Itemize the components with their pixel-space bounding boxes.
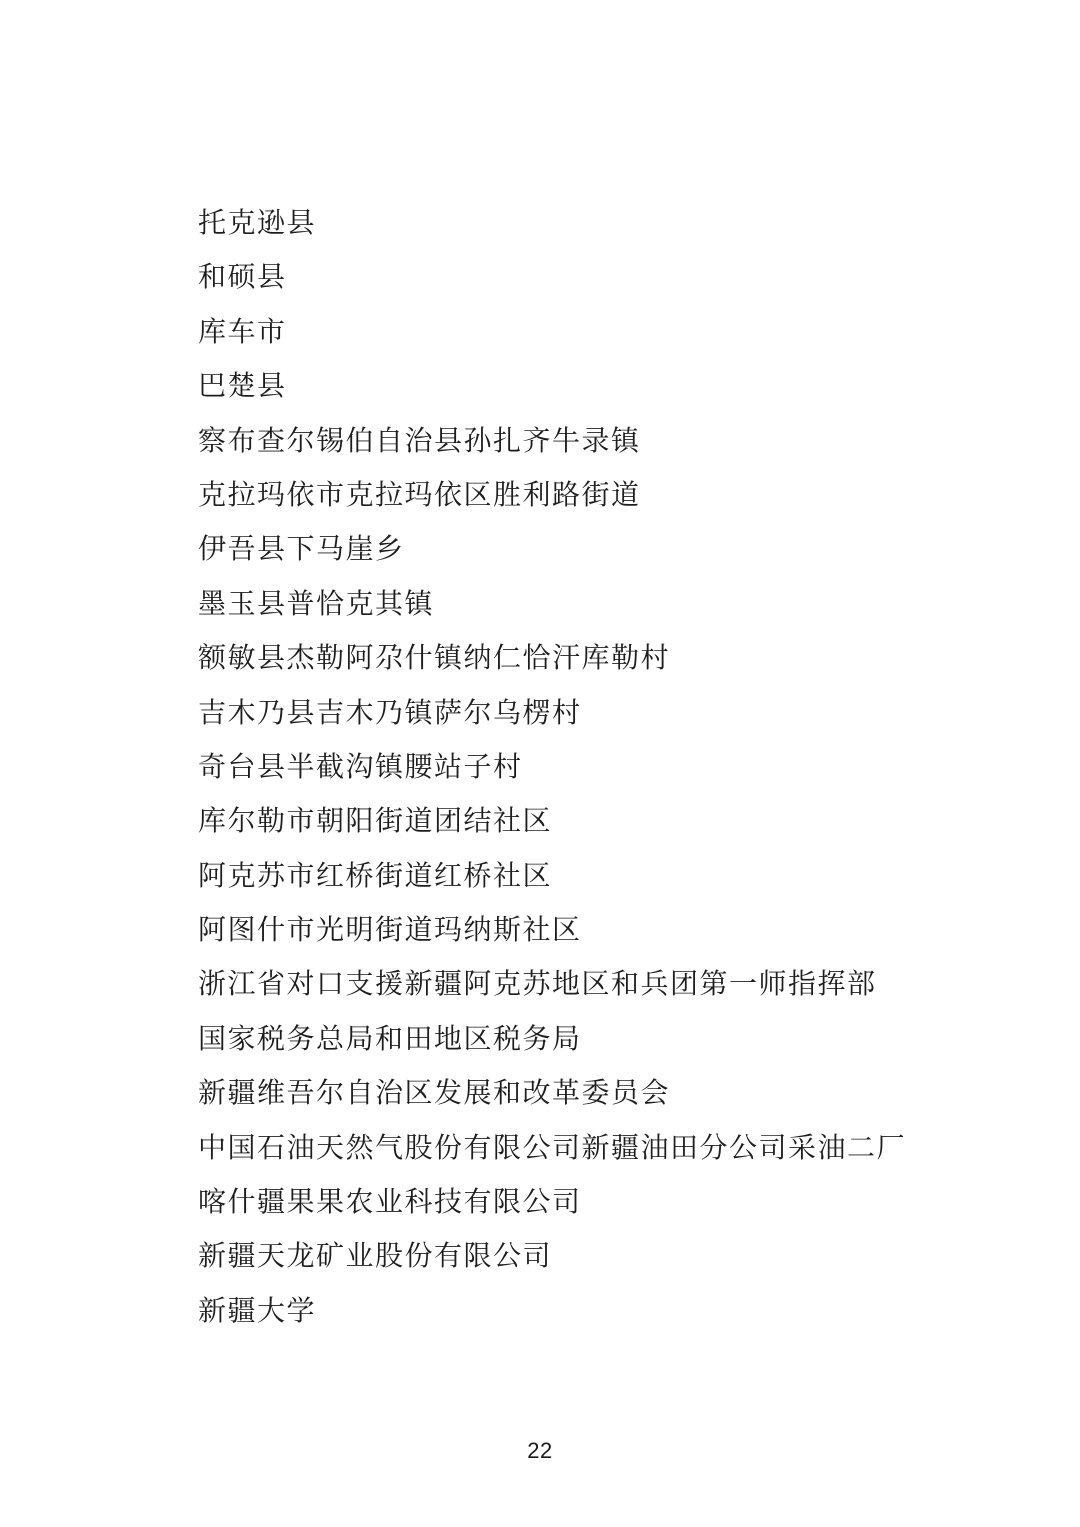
document-page: 托克逊县和硕县库车市巴楚县察布查尔锡伯自治县孙扎齐牛录镇克拉玛依市克拉玛依区胜利… bbox=[0, 0, 1080, 1527]
page-number: 22 bbox=[0, 1438, 1080, 1464]
list-item: 和硕县 bbox=[198, 251, 958, 305]
list-item: 墨玉县普恰克其镇 bbox=[198, 578, 958, 632]
list-item: 察布查尔锡伯自治县孙扎齐牛录镇 bbox=[198, 415, 958, 469]
list-item: 奇台县半截沟镇腰站子村 bbox=[198, 741, 958, 795]
list-item: 喀什疆果果农业科技有限公司 bbox=[198, 1176, 958, 1230]
list-item: 浙江省对口支援新疆阿克苏地区和兵团第一师指挥部 bbox=[198, 958, 958, 1012]
list-item: 额敏县杰勒阿尕什镇纳仁恰汗库勒村 bbox=[198, 632, 958, 686]
list-item: 新疆维吾尔自治区发展和改革委员会 bbox=[198, 1067, 958, 1121]
list-item: 库尔勒市朝阳街道团结社区 bbox=[198, 795, 958, 849]
entity-name-list: 托克逊县和硕县库车市巴楚县察布查尔锡伯自治县孙扎齐牛录镇克拉玛依市克拉玛依区胜利… bbox=[198, 197, 958, 1339]
list-item: 托克逊县 bbox=[198, 197, 958, 251]
list-item: 中国石油天然气股份有限公司新疆油田分公司采油二厂 bbox=[198, 1122, 958, 1176]
list-item: 新疆天龙矿业股份有限公司 bbox=[198, 1230, 958, 1284]
list-item: 新疆大学 bbox=[198, 1285, 958, 1339]
list-item: 库车市 bbox=[198, 306, 958, 360]
list-item: 国家税务总局和田地区税务局 bbox=[198, 1013, 958, 1067]
list-item: 巴楚县 bbox=[198, 360, 958, 414]
list-item: 阿图什市光明街道玛纳斯社区 bbox=[198, 904, 958, 958]
list-item: 克拉玛依市克拉玛依区胜利路街道 bbox=[198, 469, 958, 523]
list-item: 吉木乃县吉木乃镇萨尔乌楞村 bbox=[198, 687, 958, 741]
list-item: 伊吾县下马崖乡 bbox=[198, 523, 958, 577]
list-item: 阿克苏市红桥街道红桥社区 bbox=[198, 850, 958, 904]
